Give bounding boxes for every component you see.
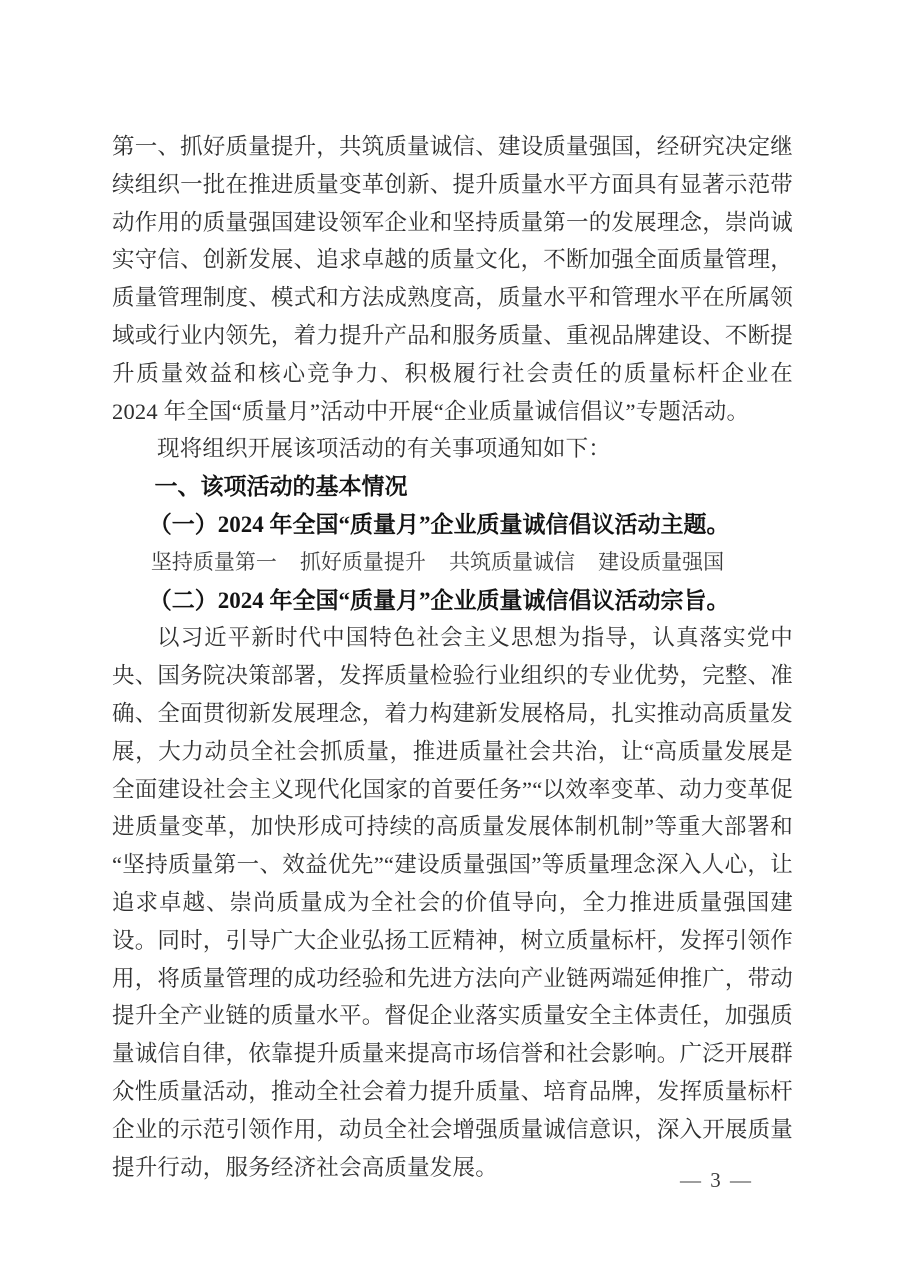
document-page: 第一、抓好质量提升，共筑质量诚信、建设质量强国，经研究决定继续组织一批在推进质量… bbox=[0, 0, 900, 1273]
activity-theme-line: 坚持质量第一抓好质量提升共筑质量诚信建设质量强国 bbox=[112, 544, 793, 582]
paragraph-continuation: 第一、抓好质量提升，共筑质量诚信、建设质量强国，经研究决定继续组织一批在推进质量… bbox=[112, 128, 793, 430]
theme-phrase-1: 坚持质量第一 bbox=[151, 544, 277, 582]
theme-phrase-2: 抓好质量提升 bbox=[300, 544, 426, 582]
section-1-item-1-heading: （一）2024 年全国“质量月”企业质量诚信倡议活动主题。 bbox=[112, 506, 793, 544]
page-number: — 3 — bbox=[680, 1166, 753, 1194]
section-1-heading: 一、该项活动的基本情况 bbox=[112, 468, 793, 506]
paragraph-purpose: 以习近平新时代中国特色社会主义思想为指导，认真落实党中央、国务院决策部署，发挥质… bbox=[112, 619, 793, 1186]
theme-phrase-4: 建设质量强国 bbox=[598, 544, 724, 582]
section-1-item-2-heading: （二）2024 年全国“质量月”企业质量诚信倡议活动宗旨。 bbox=[112, 582, 793, 620]
paragraph-notice-intro: 现将组织开展该项活动的有关事项通知如下： bbox=[112, 430, 793, 468]
theme-phrase-3: 共筑质量诚信 bbox=[449, 544, 575, 582]
document-body: 第一、抓好质量提升，共筑质量诚信、建设质量强国，经研究决定继续组织一批在推进质量… bbox=[112, 128, 793, 1186]
